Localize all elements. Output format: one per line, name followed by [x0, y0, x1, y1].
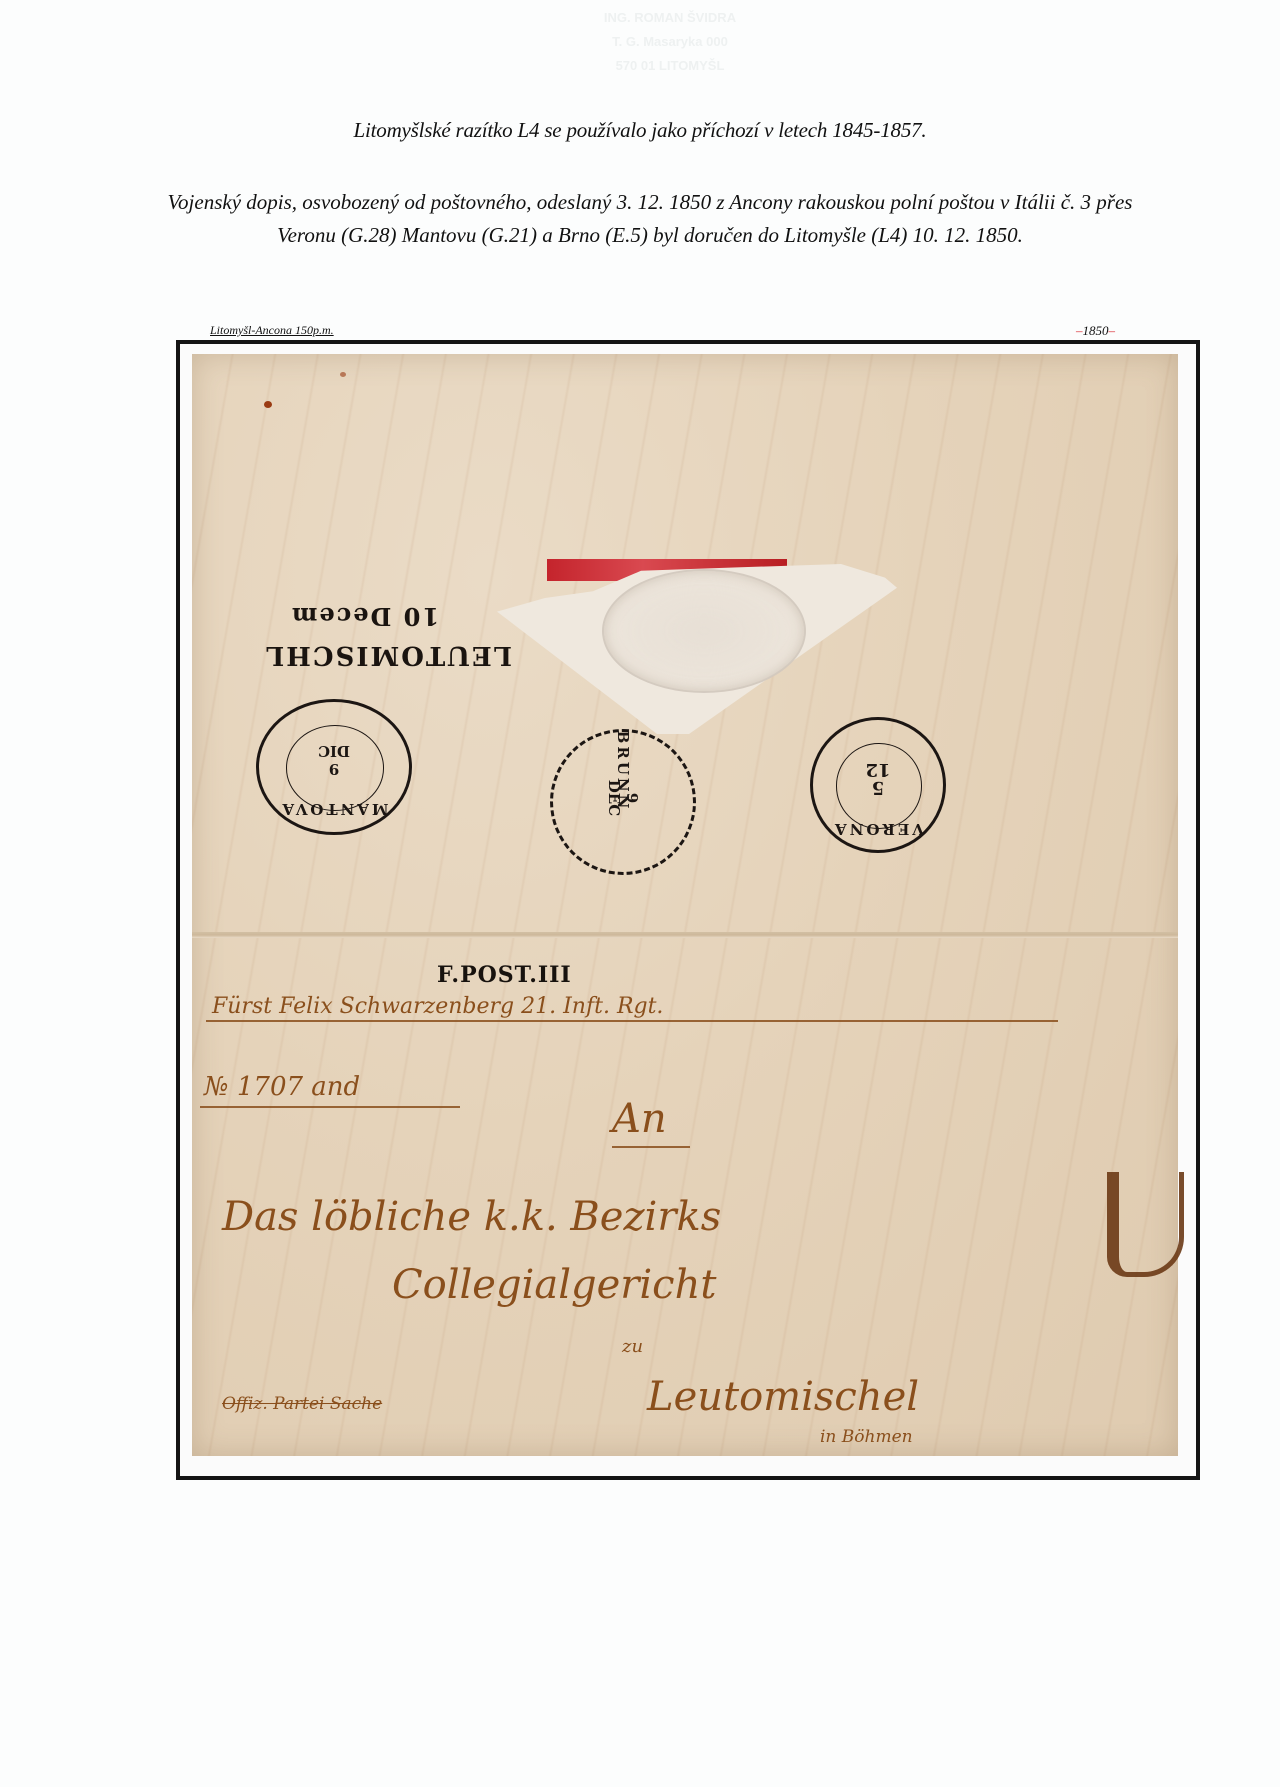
manuscript-mark [1107, 1172, 1184, 1277]
addressee-line-2: Collegialgericht [392, 1262, 716, 1308]
postmark-mantova: MANTOVA 9 DIC [256, 699, 412, 835]
route-label: Litomyšl-Ancona 150p.m. [210, 323, 334, 338]
postmark-month: DEC [605, 728, 623, 868]
destination-city: Leutomischel [647, 1374, 919, 1420]
sender-line: Fürst Felix Schwarzenberg 21. Inft. Rgt. [212, 994, 663, 1019]
postmark-month: DIC [259, 742, 409, 760]
sender-underline [206, 1020, 1058, 1022]
an-heading: An [612, 1096, 667, 1142]
postmark-town: MANTOVA [259, 800, 409, 818]
watermark-address: ING. ROMAN ŠVIDRA T. G. Masaryka 000 570… [560, 6, 780, 78]
exhibit-frame: 10 Decem LEUTOMISCHL MANTOVA 9 DIC BRUNN… [176, 340, 1200, 1480]
ink-spot [264, 401, 272, 408]
page-heading: Litomyšlské razítko L4 se používalo jako… [0, 118, 1280, 143]
fold-line [192, 932, 1178, 938]
reference-number: № 1707 and [204, 1072, 360, 1102]
embossed-eagle-seal-icon [602, 569, 806, 693]
arrival-cancel-date: 10 Decem [290, 602, 439, 631]
postmark-brunn: BRUNN 9 DEC [550, 729, 696, 875]
letter-scan: 10 Decem LEUTOMISCHL MANTOVA 9 DIC BRUNN… [192, 354, 1178, 1456]
an-underline [612, 1146, 690, 1148]
ink-spot [340, 372, 346, 377]
page-description: Vojenský dopis, osvobozený od poštovného… [150, 186, 1150, 252]
postmark-month: 12 [813, 760, 943, 778]
zu-word: zu [622, 1336, 643, 1357]
watermark-line: ING. ROMAN ŠVIDRA [560, 6, 780, 30]
arrival-cancel-town: LEUTOMISCHL [264, 640, 512, 670]
postmark-verona: VERONA 5 12 [810, 717, 946, 853]
official-note: Offiz. Partei Sache [222, 1394, 382, 1414]
postmark-day: 5 [813, 778, 943, 796]
reference-underline [200, 1106, 460, 1108]
year-value: 1850 [1083, 323, 1109, 338]
year-dash-right: – [1109, 323, 1116, 338]
addressee-line-1: Das löbliche k.k. Bezirks [222, 1194, 721, 1240]
field-post-cancel: F.POST.III [437, 962, 572, 988]
postmark-date: 5 12 [813, 760, 943, 796]
year-label: –1850– [1076, 323, 1115, 339]
watermark-line: T. G. Masaryka 000 [560, 30, 780, 54]
postmark-day: 9 [259, 760, 409, 778]
postmark-town: VERONA [813, 820, 943, 838]
destination-region: in Böhmen [820, 1427, 913, 1447]
postmark-date: 9 DIC [259, 742, 409, 778]
postmark-date: 9 DEC [605, 728, 641, 868]
postmark-day: 9 [623, 728, 641, 868]
watermark-line: 570 01 LITOMYŠL [560, 54, 780, 78]
